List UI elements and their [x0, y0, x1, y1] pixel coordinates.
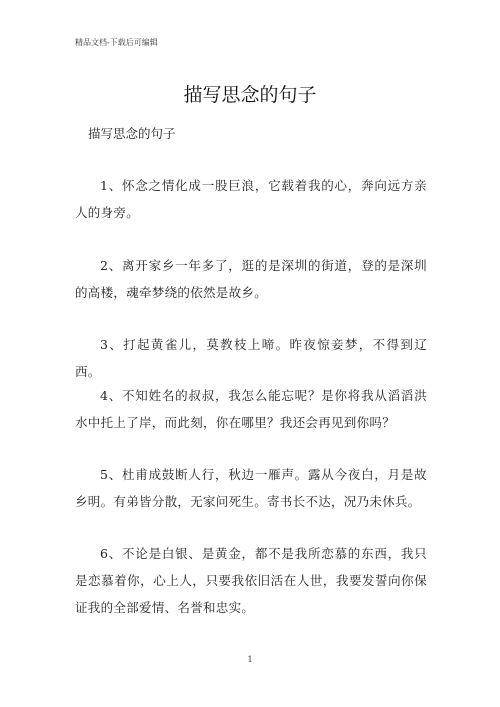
- paragraph-6: 6、不论是白银、是黄金，都不是我所恋慕的东西，我只是恋慕着你，心上人，只要我依旧…: [75, 540, 427, 621]
- paragraph-1: 1、怀念之情化成一股巨浪，它载着我的心，奔向远方亲人的身旁。: [75, 172, 427, 226]
- paragraph-4: 4、不知姓名的叔叔，我怎么能忘呢？是你将我从滔滔洪水中托上了岸，而此刻，你在哪里…: [75, 382, 427, 436]
- page-number: 1: [0, 655, 500, 664]
- paragraph-2: 2、离开家乡一年多了，逛的是深圳的街道，登的是深圳的高楼，魂牵梦绕的依然是故乡。: [75, 252, 427, 306]
- paragraph-5: 5、杜甫成鼓断人行，秋边一雁声。露从今夜白，月是故乡明。有弟皆分散，无家问死生。…: [75, 461, 427, 515]
- paragraph-3: 3、打起黄雀儿，莫教枝上啼。昨夜惊妾梦，不得到辽西。: [75, 331, 427, 385]
- document-title: 描写思念的句子: [0, 80, 500, 107]
- document-subtitle: 描写思念的句子: [88, 124, 176, 142]
- header-note: 精品文档-下载后可编辑: [75, 37, 158, 48]
